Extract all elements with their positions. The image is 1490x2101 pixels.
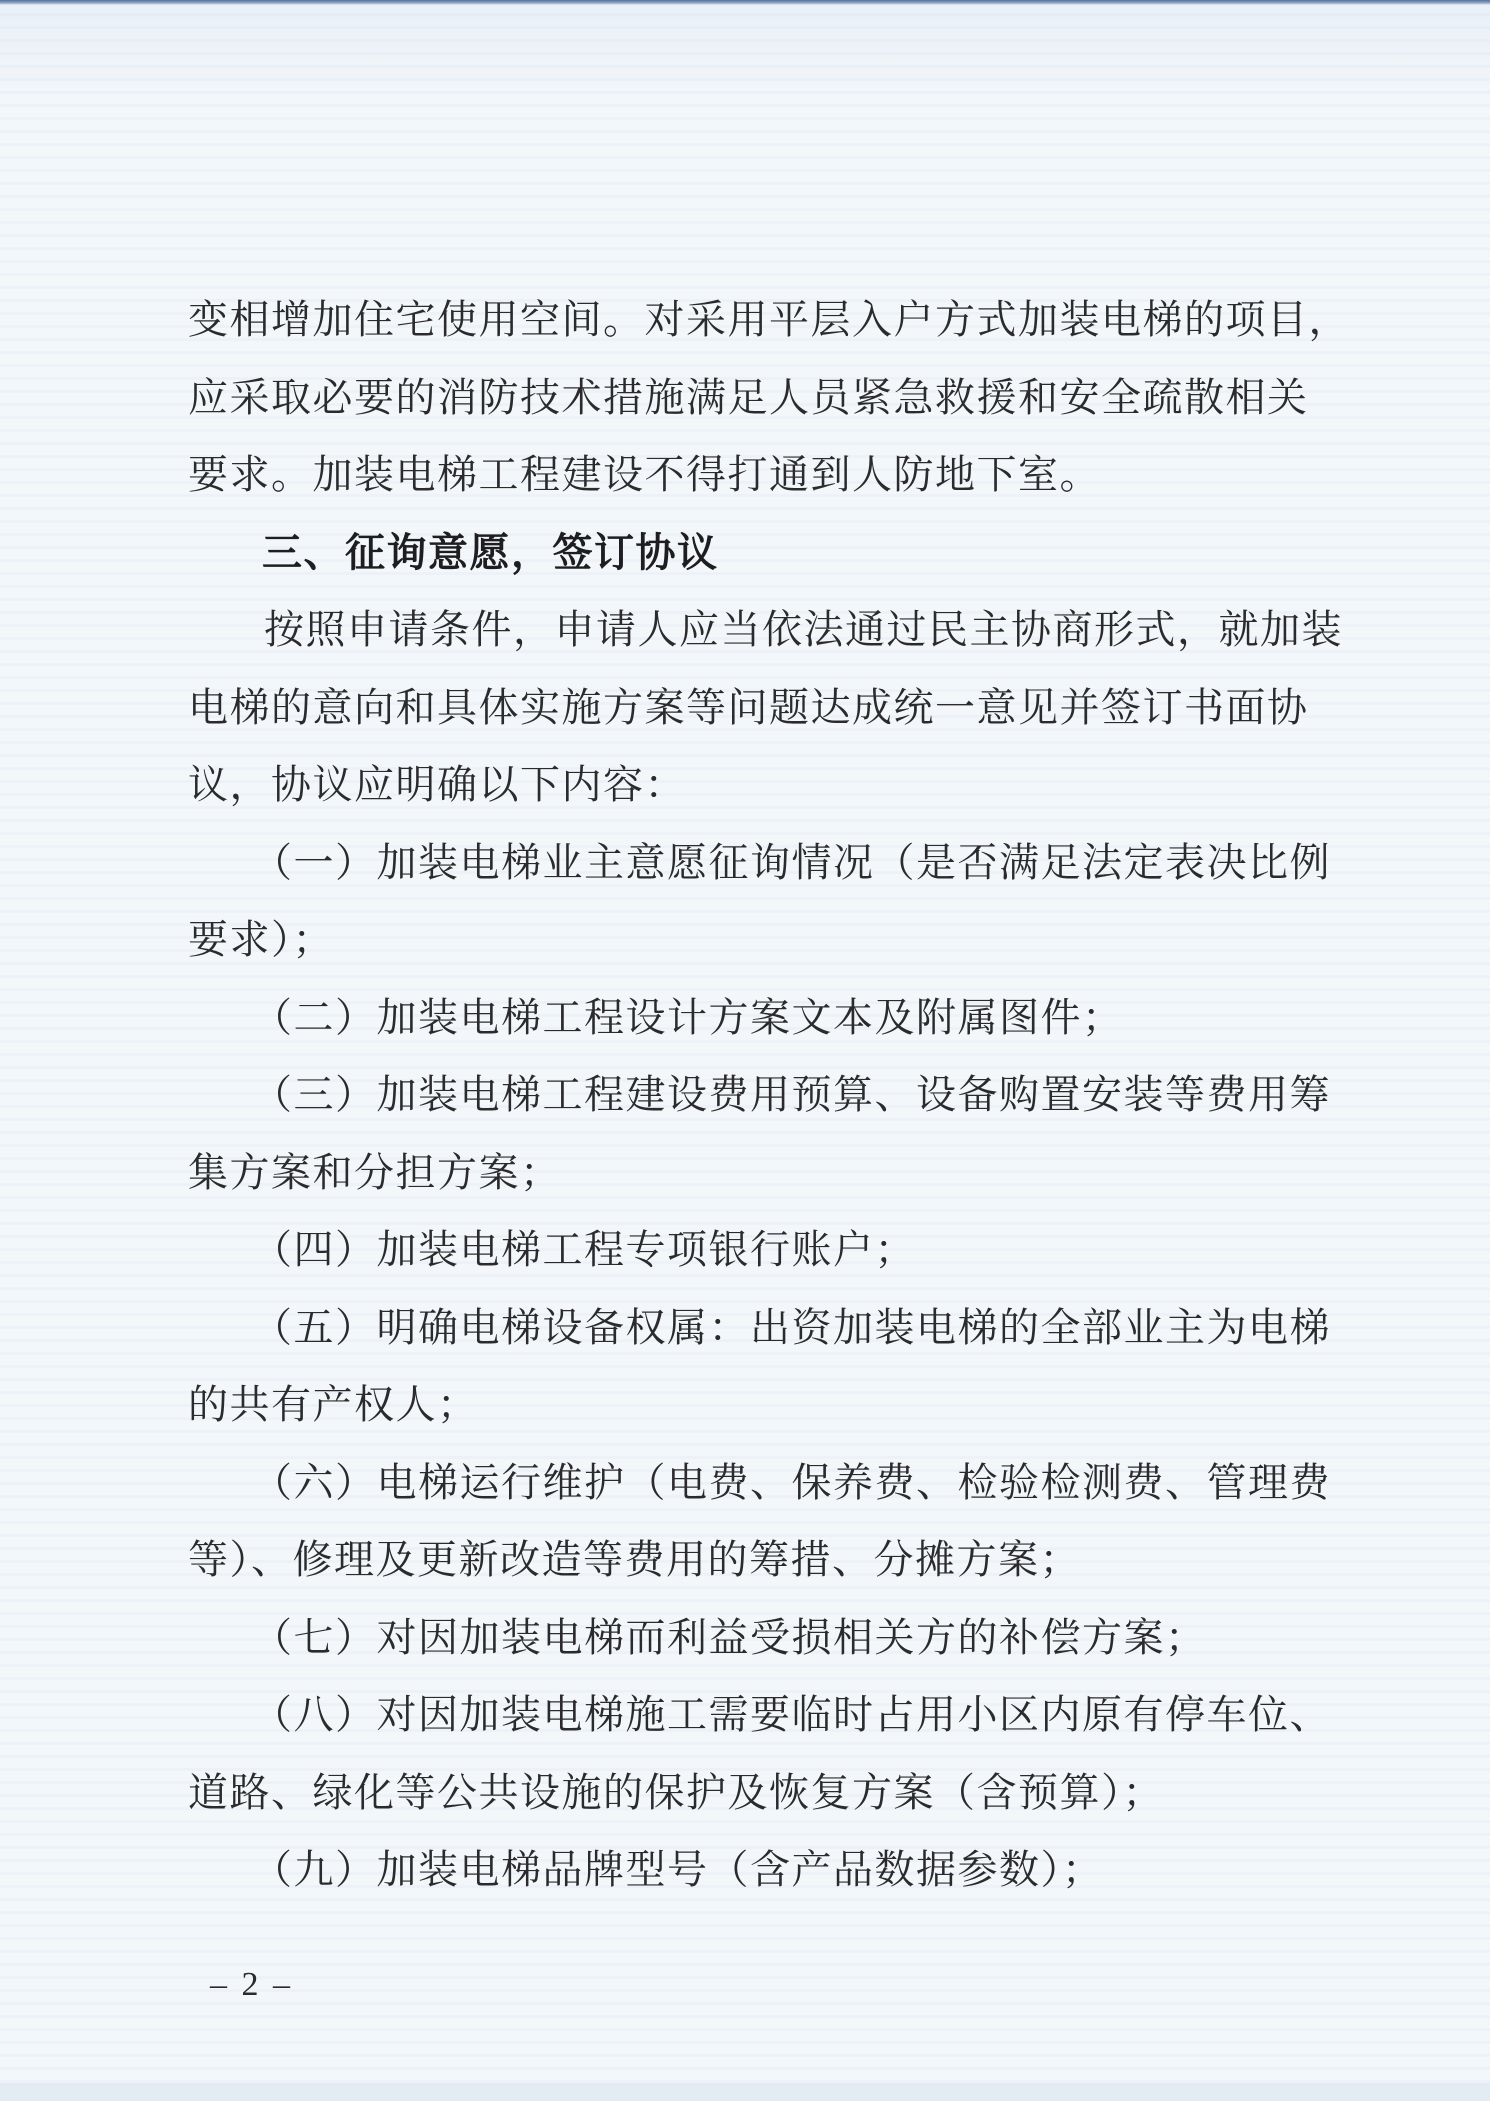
list-item-4: （四）加装电梯工程专项银行账户； — [188, 1211, 1318, 1289]
scan-bottom-band-artifact — [0, 2083, 1490, 2101]
list-item-6: （六）电梯运行维护（电费、保养费、检验检测费、管理费 — [188, 1444, 1318, 1522]
list-item-2: （二）加装电梯工程设计方案文本及附属图件； — [188, 979, 1318, 1057]
list-item-7: （七）对因加装电梯而利益受损相关方的补偿方案； — [188, 1599, 1318, 1677]
doc-line: 议，协议应明确以下内容： — [188, 746, 1318, 824]
doc-line: 要求。加装电梯工程建设不得打通到人防地下室。 — [188, 436, 1318, 514]
doc-line: 等）、修理及更新改造等费用的筹措、分摊方案； — [188, 1521, 1318, 1599]
doc-line: 道路、绿化等公共设施的保护及恢复方案（含预算）； — [188, 1754, 1318, 1832]
scan-top-edge-artifact — [0, 0, 1490, 5]
doc-line: 集方案和分担方案； — [188, 1134, 1318, 1212]
list-item-1: （一）加装电梯业主意愿征询情况（是否满足法定表决比例 — [188, 824, 1318, 902]
doc-line: 的共有产权人； — [188, 1366, 1318, 1444]
doc-line: 电梯的意向和具体实施方案等问题达成统一意见并签订书面协 — [188, 669, 1318, 747]
scanned-document-page: 变相增加住宅使用空间。对采用平层入户方式加装电梯的项目， 应采取必要的消防技术措… — [0, 0, 1490, 2101]
doc-line: 要求）； — [188, 901, 1318, 979]
section-heading: 三、征询意愿，签订协议 — [188, 514, 1318, 592]
list-item-8: （八）对因加装电梯施工需要临时占用小区内原有停车位、 — [188, 1676, 1318, 1754]
doc-line: 按照申请条件，申请人应当依法通过民主协商形式，就加装 — [188, 591, 1318, 669]
page-number: – 2 – — [210, 1966, 293, 2004]
list-item-5: （五）明确电梯设备权属：出资加装电梯的全部业主为电梯 — [188, 1289, 1318, 1367]
doc-line: 应采取必要的消防技术措施满足人员紧急救援和安全疏散相关 — [188, 359, 1318, 437]
document-body: 变相增加住宅使用空间。对采用平层入户方式加装电梯的项目， 应采取必要的消防技术措… — [188, 281, 1318, 1909]
list-item-3: （三）加装电梯工程建设费用预算、设备购置安装等费用筹 — [188, 1056, 1318, 1134]
list-item-9: （九）加装电梯品牌型号（含产品数据参数）； — [188, 1831, 1318, 1909]
doc-line: 变相增加住宅使用空间。对采用平层入户方式加装电梯的项目， — [188, 281, 1318, 359]
